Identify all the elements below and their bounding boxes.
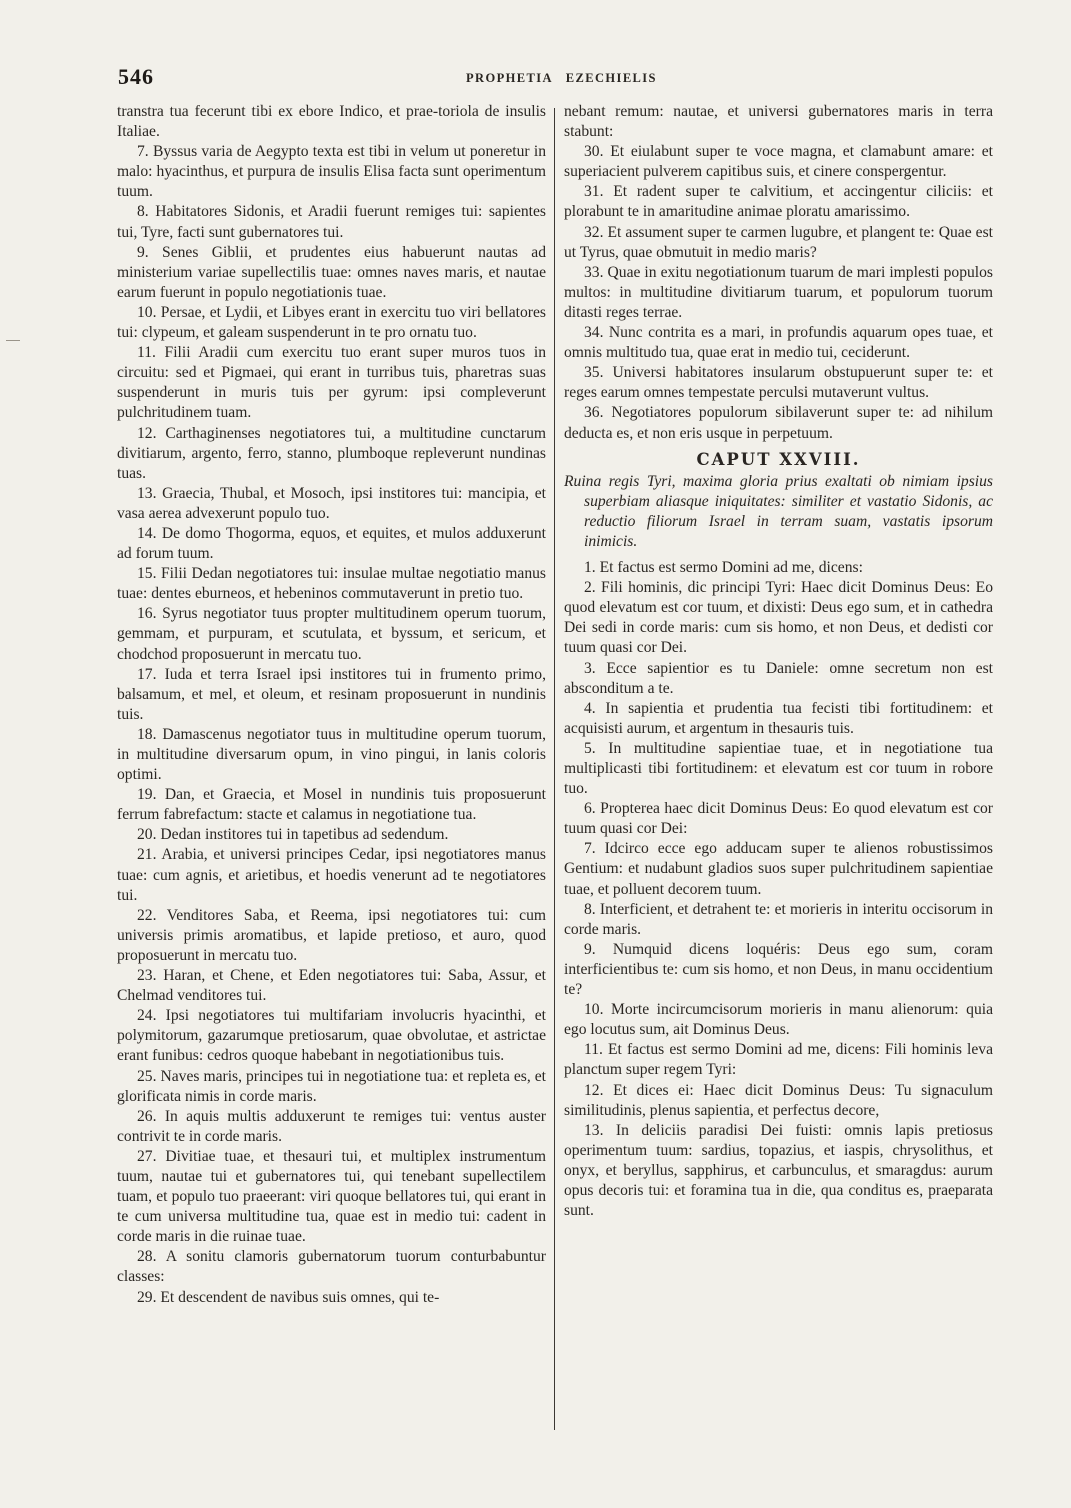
verse-number: 27. xyxy=(137,1148,157,1165)
verse-number: 10. xyxy=(584,1001,604,1018)
verse: 9. Senes Giblii, et prudentes eius habue… xyxy=(117,243,546,303)
verse-number: 17. xyxy=(137,666,157,683)
verse-text: Et eiulabunt super te voce magna, et cla… xyxy=(564,143,993,180)
verse-text: Naves maris, principes tui in negotiatio… xyxy=(117,1068,546,1105)
verse-text: Ecce sapientior es tu Daniele: omne secr… xyxy=(564,660,993,697)
verse: 4. In sapientia et prudentia tua fecisti… xyxy=(564,699,993,739)
verse-text: Venditores Saba, et Reema, ipsi negotiat… xyxy=(117,907,546,964)
verse: 2. Fili hominis, dic principi Tyri: Haec… xyxy=(564,578,993,658)
verse-number: 26. xyxy=(137,1108,157,1125)
verse: 8. Habitatores Sidonis, et Aradii fuerun… xyxy=(117,202,546,242)
margin-mark xyxy=(6,340,20,341)
verse: 33. Quae in exitu negotiationum tuarum d… xyxy=(564,263,993,323)
verse-text: In aquis multis adduxerunt te remiges tu… xyxy=(117,1108,546,1145)
verse-number: 13. xyxy=(584,1122,604,1139)
verse: 13. In deliciis paradisi Dei fuisti: omn… xyxy=(564,1121,993,1221)
verse-number: 19. xyxy=(137,786,157,803)
verse-text: Arabia, et universi principes Cedar, ips… xyxy=(117,846,546,903)
verse-text: Et factus est sermo Domini ad me, dicens… xyxy=(596,559,863,576)
verse-number: 25. xyxy=(137,1068,157,1085)
verse-number: 11. xyxy=(584,1041,603,1058)
verse: 35. Universi habitatores insularum obstu… xyxy=(564,363,993,403)
page-number: 546 xyxy=(118,64,154,90)
verse-text: Et assument super te carmen lugubre, et … xyxy=(564,224,993,261)
continuation-text: nebant remum: nautae, et universi gubern… xyxy=(564,102,993,142)
left-column: transtra tua fecerunt tibi ex ebore Indi… xyxy=(117,102,546,1308)
verse-text: Idcirco ecce ego adducam super te alieno… xyxy=(564,840,993,897)
verse-list: 7. Byssus varia de Aegypto texta est tib… xyxy=(117,142,546,1307)
verse-text: Fili hominis, dic principi Tyri: Haec di… xyxy=(564,579,993,656)
verse-number: 21. xyxy=(137,846,157,863)
right-column: nebant remum: nautae, et universi gubern… xyxy=(564,102,993,1221)
verse: 8. Interficient, et detrahent te: et mor… xyxy=(564,900,993,940)
verse: 11. Et factus est sermo Domini ad me, di… xyxy=(564,1040,993,1080)
verse: 5. In multitudine sapientiae tuae, et in… xyxy=(564,739,993,799)
verse-number: 10. xyxy=(137,304,157,321)
verse-text: Filii Aradii cum exercitu tuo erant supe… xyxy=(117,344,546,421)
verse: 3. Ecce sapientior es tu Daniele: omne s… xyxy=(564,659,993,699)
verse-text: Damascenus negotiator tuus in multitudin… xyxy=(117,726,546,783)
verse: 28. A sonitu clamoris gubernatorum tuoru… xyxy=(117,1247,546,1287)
verse-text: In sapientia et prudentia tua fecisti ti… xyxy=(564,700,993,737)
verse: 20. Dedan institores tui in tapetibus ad… xyxy=(117,825,546,845)
running-title: PROPHETIA EZECHIELIS xyxy=(466,71,657,86)
verse-text: Divitiae tuae, et thesauri tui, et multi… xyxy=(117,1148,546,1245)
verse-text: In multitudine sapientiae tuae, et in ne… xyxy=(564,740,993,797)
verse-number: 11. xyxy=(137,344,156,361)
verse-text: Iuda et terra Israel ipsi institores tui… xyxy=(117,666,546,723)
verse: 12. Carthaginenses negotiatores tui, a m… xyxy=(117,424,546,484)
verse: 17. Iuda et terra Israel ipsi institores… xyxy=(117,665,546,725)
verse-text: Et factus est sermo Domini ad me, dicens… xyxy=(564,1041,993,1078)
column-divider xyxy=(554,108,555,1430)
verse: 10. Persae, et Lydii, et Libyes erant in… xyxy=(117,303,546,343)
verse-number: 23. xyxy=(137,967,157,984)
verse: 15. Filii Dedan negotiatores tui: insula… xyxy=(117,564,546,604)
verse: 18. Damascenus negotiator tuus in multit… xyxy=(117,725,546,785)
verse: 6. Propterea haec dicit Dominus Deus: Eo… xyxy=(564,799,993,839)
verse: 24. Ipsi negotiatores tui multifariam in… xyxy=(117,1006,546,1066)
verse: 26. In aquis multis adduxerunt te remige… xyxy=(117,1107,546,1147)
verse-text: Et dices ei: Haec dicit Dominus Deus: Tu… xyxy=(564,1082,993,1119)
verse: 30. Et eiulabunt super te voce magna, et… xyxy=(564,142,993,182)
verse-text: Byssus varia de Aegypto texta est tibi i… xyxy=(117,143,546,200)
verse-number: 4. xyxy=(584,700,596,717)
verse-text: Haran, et Chene, et Eden negotiatores tu… xyxy=(117,967,546,1004)
verse-text: Graecia, Thubal, et Mosoch, ipsi instito… xyxy=(117,485,546,522)
verse-text: Nunc contrita es a mari, in profundis aq… xyxy=(564,324,993,361)
verse-list: 30. Et eiulabunt super te voce magna, et… xyxy=(564,142,993,443)
verse-number: 33. xyxy=(584,264,604,281)
verse-text: Quae in exitu negotiationum tuarum de ma… xyxy=(564,264,993,321)
verse-text: A sonitu clamoris gubernatorum tuorum co… xyxy=(117,1248,546,1285)
verse-number: 7. xyxy=(584,840,596,857)
verse: 12. Et dices ei: Haec dicit Dominus Deus… xyxy=(564,1081,993,1121)
verse: 14. De domo Thogorma, equos, et equites,… xyxy=(117,524,546,564)
verse-number: 13. xyxy=(137,485,157,502)
verse: 11. Filii Aradii cum exercitu tuo erant … xyxy=(117,343,546,423)
verse: 10. Morte incircumcisorum morieris in ma… xyxy=(564,1000,993,1040)
verse-text: Propterea haec dicit Dominus Deus: Eo qu… xyxy=(564,800,993,837)
verse-number: 7. xyxy=(137,143,149,160)
verse-text: De domo Thogorma, equos, et equites, et … xyxy=(117,525,546,562)
verse: 21. Arabia, et universi principes Cedar,… xyxy=(117,845,546,905)
verse-number: 29. xyxy=(137,1289,157,1306)
page-header: 546 PROPHETIA EZECHIELIS xyxy=(118,64,992,92)
verse-number: 35. xyxy=(584,364,604,381)
verse-number: 8. xyxy=(137,203,149,220)
verse-text: Syrus negotiator tuus propter multitudin… xyxy=(117,605,546,662)
verse-text: Morte incircumcisorum morieris in manu a… xyxy=(564,1001,993,1038)
verse-number: 15. xyxy=(137,565,157,582)
verse-number: 12. xyxy=(584,1082,604,1099)
verse-text: Senes Giblii, et prudentes eius habuerun… xyxy=(117,244,546,301)
verse-number: 9. xyxy=(137,244,149,261)
verse-text: In deliciis paradisi Dei fuisti: omnis l… xyxy=(564,1122,993,1219)
verse: 16. Syrus negotiator tuus propter multit… xyxy=(117,604,546,664)
verse-number: 31. xyxy=(584,183,604,200)
verse-text: Dedan institores tui in tapetibus ad sed… xyxy=(157,826,449,843)
verse: 13. Graecia, Thubal, et Mosoch, ipsi ins… xyxy=(117,484,546,524)
verse-text: Dan, et Graecia, et Mosel in nundinis tu… xyxy=(117,786,546,823)
verse-number: 9. xyxy=(584,941,596,958)
verse-list: 1. Et factus est sermo Domini ad me, dic… xyxy=(564,558,993,1221)
verse-number: 28. xyxy=(137,1248,157,1265)
verse: 22. Venditores Saba, et Reema, ipsi nego… xyxy=(117,906,546,966)
verse: 23. Haran, et Chene, et Eden negotiatore… xyxy=(117,966,546,1006)
verse-text: Interficient, et detrahent te: et morier… xyxy=(564,901,993,938)
verse-number: 24. xyxy=(137,1007,157,1024)
verse-number: 14. xyxy=(137,525,157,542)
verse-text: Carthaginenses negotiatores tui, a multi… xyxy=(117,425,546,482)
verse: 27. Divitiae tuae, et thesauri tui, et m… xyxy=(117,1147,546,1247)
verse-number: 30. xyxy=(584,143,604,160)
verse-text: Et radent super te calvitium, et accinge… xyxy=(564,183,993,220)
verse: 32. Et assument super te carmen lugubre,… xyxy=(564,223,993,263)
verse: 1. Et factus est sermo Domini ad me, dic… xyxy=(564,558,993,578)
verse-text: Ipsi negotiatores tui multifariam involu… xyxy=(117,1007,546,1064)
verse-text: Negotiatores populorum sibilaverunt supe… xyxy=(564,404,993,441)
verse-number: 2. xyxy=(584,579,596,596)
verse-text: Filii Dedan negotiatores tui: insulae mu… xyxy=(117,565,546,602)
verse-number: 22. xyxy=(137,907,157,924)
verse: 19. Dan, et Graecia, et Mosel in nundini… xyxy=(117,785,546,825)
verse-text: Habitatores Sidonis, et Aradii fuerunt r… xyxy=(117,203,546,240)
verse-number: 36. xyxy=(584,404,604,421)
verse-number: 1. xyxy=(584,559,596,576)
verse-number: 34. xyxy=(584,324,604,341)
verse-text: Numquid dicens loquéris: Deus ego sum, c… xyxy=(564,941,993,998)
verse-number: 32. xyxy=(584,224,604,241)
verse: 36. Negotiatores populorum sibilaverunt … xyxy=(564,403,993,443)
chapter-summary: Ruina regis Tyri, maxima gloria prius ex… xyxy=(564,472,993,552)
chapter-heading: CAPUT XXVIII. xyxy=(564,450,993,470)
verse-number: 12. xyxy=(137,425,157,442)
verse: 29. Et descendent de navibus suis omnes,… xyxy=(117,1288,546,1308)
verse-text: Et descendent de navibus suis omnes, qui… xyxy=(157,1289,440,1306)
continuation-text: transtra tua fecerunt tibi ex ebore Indi… xyxy=(117,102,546,142)
verse: 7. Idcirco ecce ego adducam super te ali… xyxy=(564,839,993,899)
book-page: 546 PROPHETIA EZECHIELIS transtra tua fe… xyxy=(0,0,1071,1508)
verse-number: 6. xyxy=(584,800,596,817)
verse: 9. Numquid dicens loquéris: Deus ego sum… xyxy=(564,940,993,1000)
verse: 34. Nunc contrita es a mari, in profundi… xyxy=(564,323,993,363)
verse-number: 3. xyxy=(584,660,596,677)
verse-number: 16. xyxy=(137,605,157,622)
verse: 31. Et radent super te calvitium, et acc… xyxy=(564,182,993,222)
verse-text: Universi habitatores insularum obstupuer… xyxy=(564,364,993,401)
verse-number: 18. xyxy=(137,726,157,743)
verse-number: 8. xyxy=(584,901,596,918)
verse: 25. Naves maris, principes tui in negoti… xyxy=(117,1067,546,1107)
verse-number: 20. xyxy=(137,826,157,843)
verse: 7. Byssus varia de Aegypto texta est tib… xyxy=(117,142,546,202)
verse-text: Persae, et Lydii, et Libyes erant in exe… xyxy=(117,304,546,341)
verse-number: 5. xyxy=(584,740,596,757)
